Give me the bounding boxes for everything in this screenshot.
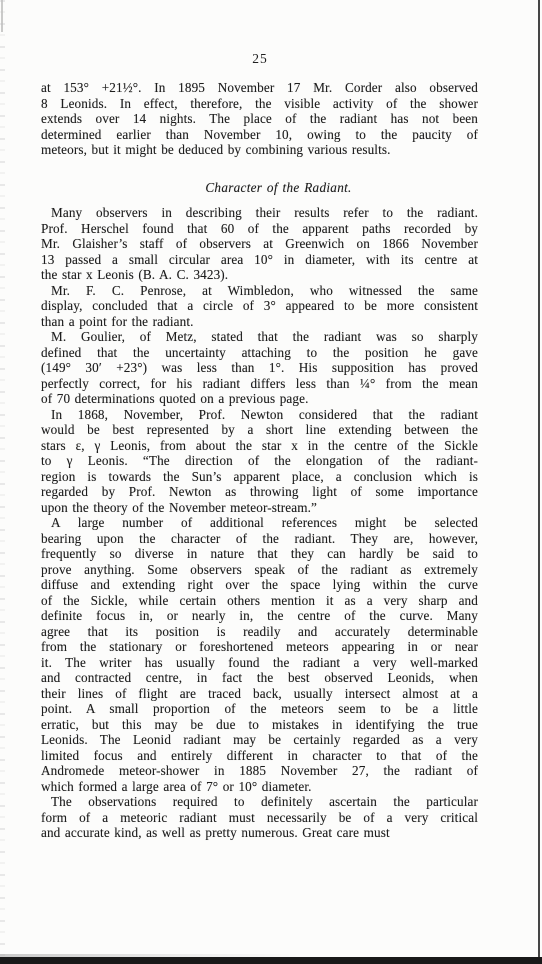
text-line: Leonids. The Leonid radiant may be certa… (41, 732, 478, 748)
text-line: 8 Leonids. In effect, therefore, the vis… (41, 96, 478, 112)
text-line: regarded by Prof. Newton as throwing lig… (41, 484, 478, 500)
paragraph: M. Goulier, of Metz, stated that the rad… (41, 329, 478, 407)
text-line: Many observers in describing their resul… (41, 205, 478, 221)
text-line: their lines of flight are traced back, u… (41, 686, 478, 702)
paragraph: Many observers in describing their resul… (41, 205, 478, 283)
text-line: 13 passed a small circular area 10° in d… (41, 252, 478, 268)
text-line: than a point for the radiant. (41, 314, 478, 330)
scan-bottom-bar (0, 957, 542, 964)
text-line: perfectly correct, for his radiant diffe… (41, 376, 478, 392)
text-column: at 153° +21½°. In 1895 November 17 Mr. C… (41, 80, 478, 841)
text-line: prove anything. Some observers speak of … (41, 562, 478, 578)
text-line: and accurate kind, as well as pretty num… (41, 825, 478, 841)
scan-right-edge-line (538, 0, 540, 958)
section-heading: Character of the Radiant. (41, 180, 478, 196)
paragraph: Mr. F. C. Penrose, at Wimbledon, who wit… (41, 283, 478, 330)
text-line: to γ Leonis. “The direction of the elong… (41, 453, 478, 469)
text-line: of 70 determinations quoted on a previou… (41, 391, 478, 407)
text-line: M. Goulier, of Metz, stated that the rad… (41, 329, 478, 345)
text-line: would be best represented by a short lin… (41, 422, 478, 438)
text-line: of the Sickle, while certain others ment… (41, 593, 478, 609)
text-line: erratic, but this may be due to mistakes… (41, 717, 478, 733)
text-line: Mr. Glaisher’s staff of observers at Gre… (41, 236, 478, 252)
text-line: and contracted centre, in fact the best … (41, 670, 478, 686)
text-line: display, concluded that a circle of 3° a… (41, 298, 478, 314)
paragraph: A large number of additional references … (41, 515, 478, 794)
text-line: bearing upon the character of the radian… (41, 531, 478, 547)
text-line: stars ε, γ Leonis, from about the star x… (41, 438, 478, 454)
text-line: limited focus and entirely different in … (41, 748, 478, 764)
text-line: form of a meteoric radiant must necessar… (41, 810, 478, 826)
text-line: agree that its position is readily and a… (41, 624, 478, 640)
page-number: 25 (0, 51, 542, 67)
text-line: Mr. F. C. Penrose, at Wimbledon, who wit… (41, 283, 478, 299)
scan-edge-mark (1, 0, 3, 32)
text-line: diffuse and extending right over the spa… (41, 577, 478, 593)
paragraph: The observations required to definitely … (41, 794, 478, 841)
text-line: determined earlier than November 10, owi… (41, 127, 478, 143)
text-line: at 153° +21½°. In 1895 November 17 Mr. C… (41, 80, 478, 96)
scan-edge-speckle (0, 0, 5, 958)
text-line: from the stationary or foreshortened met… (41, 639, 478, 655)
text-line: Andromede meteor-shower in 1885 November… (41, 763, 478, 779)
text-line: meteors, but it might be deduced by comb… (41, 142, 478, 158)
text-line: extends over 14 nights. The place of the… (41, 111, 478, 127)
text-line: defined that the uncertainty attaching t… (41, 345, 478, 361)
paragraph: at 153° +21½°. In 1895 November 17 Mr. C… (41, 80, 478, 158)
text-line: definite focus in, or nearly in, the cen… (41, 608, 478, 624)
text-line: the star x Leonis (B. A. C. 3423). (41, 267, 478, 283)
text-line: In 1868, November, Prof. Newton consider… (41, 407, 478, 423)
text-line: which formed a large area of 7° or 10° d… (41, 779, 478, 795)
text-line: upon the theory of the November meteor-s… (41, 500, 478, 516)
text-line: point. A small proportion of the meteors… (41, 701, 478, 717)
text-line: region is towards the Sun’s apparent pla… (41, 469, 478, 485)
text-line: A large number of additional references … (41, 515, 478, 531)
text-line: it. The writer has usually found the rad… (41, 655, 478, 671)
paragraph: In 1868, November, Prof. Newton consider… (41, 407, 478, 516)
text-line: Prof. Herschel found that 60 of the appa… (41, 221, 478, 237)
text-line: frequently so diverse in nature that the… (41, 546, 478, 562)
text-line: The observations required to definitely … (41, 794, 478, 810)
scanned-book-page: 25 at 153° +21½°. In 1895 November 17 Mr… (0, 0, 542, 964)
text-line: (149° 30′ +23°) was less than 1°. His su… (41, 360, 478, 376)
